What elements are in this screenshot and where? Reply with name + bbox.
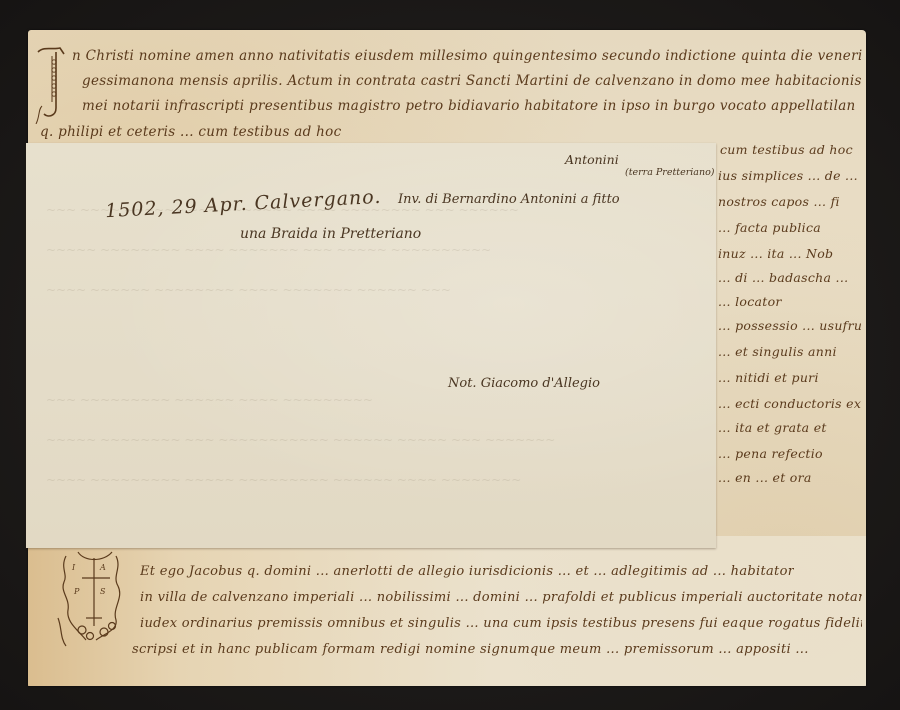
manuscript-line-2: gessimanona mensis aprilis. Actum in con… bbox=[82, 73, 862, 89]
subscription-line-4: scripsi et in hanc publicam formam redig… bbox=[132, 642, 809, 657]
right-line: ... pena refectio bbox=[718, 446, 823, 461]
slip-notary-signature: Not. Giacomo d'Allegio bbox=[448, 376, 600, 391]
manuscript-line-1: n Christi nomine amen anno nativitatis e… bbox=[72, 48, 862, 64]
parchment-stain bbox=[28, 536, 866, 686]
subscription-line-1: Et ego Jacobus q. domini ... anerlotti d… bbox=[140, 564, 794, 579]
show-through-text: ~~~~ ~~~~~~ ~~~~~~~~ ~~~~ ~~~~~~~ ~~~~~~… bbox=[46, 283, 451, 297]
subscription-line-2: in villa de calvenzano imperiali ... nob… bbox=[140, 590, 862, 605]
signum-letter: A bbox=[99, 563, 106, 572]
notary-signum-icon: I A P S bbox=[56, 548, 134, 648]
right-line: ... facta publica bbox=[718, 220, 821, 235]
right-line: ... ecti conductoris ex bbox=[718, 396, 861, 411]
show-through-text: ~~~~~ ~~~~~~~~ ~~~ ~~~~~~~~~~~ ~~~~~~ ~~… bbox=[46, 433, 555, 447]
show-through-text: ~~~~ ~~~~~~~~~ ~~~~~ ~~~~~~~~~ ~~~~~~ ~~… bbox=[46, 473, 521, 487]
signum-letter: I bbox=[71, 563, 76, 572]
right-line: ... di ... badascha ... bbox=[718, 270, 848, 285]
decorated-initial-icon bbox=[34, 44, 74, 124]
right-line: ... et singulis anni bbox=[718, 344, 837, 359]
manuscript-line-4: q. philipi et ceteris ... cum testibus a… bbox=[40, 124, 341, 140]
right-line: ... possessio ... usufru bbox=[718, 318, 862, 333]
right-line: ... nitidi et puri bbox=[718, 370, 819, 385]
right-line: ... ita et grata et bbox=[718, 420, 827, 435]
show-through-text: ~~~~~ ~~~~~~~~ ~~~~ ~~~~~~~ ~~~ ~~~~~ ~~… bbox=[46, 243, 491, 257]
right-line: ius simplices ... de ... to bbox=[718, 168, 862, 183]
slip-summary-line2: una Braida in Pretteriano bbox=[240, 226, 421, 242]
right-line: ... locator bbox=[718, 294, 782, 309]
right-line: cum testibus ad hoc bbox=[720, 142, 853, 157]
subscription-line-3: iudex ordinarius premissis omnibus et si… bbox=[140, 616, 862, 631]
right-line: nostros capos ... fi bbox=[718, 194, 840, 209]
slip-correction: Antonini bbox=[565, 152, 619, 167]
slip-summary: Inv. di Bernardino Antonini a fitto bbox=[398, 192, 620, 207]
manuscript-line-3: mei notarii infrascripti presentibus mag… bbox=[82, 98, 856, 114]
signum-letter: P bbox=[73, 587, 80, 596]
right-line: ... en ... et ora bbox=[718, 470, 812, 485]
show-through-text: ~~~ ~~~~~~~~~ ~~~~~~ ~~~~ ~~~~~~~~~ bbox=[46, 393, 373, 407]
slip-bracket-note: (terra Pretteriano) bbox=[625, 167, 715, 178]
signum-letter: S bbox=[100, 587, 106, 596]
right-line: inuz ... ita ... Nob bbox=[718, 246, 833, 261]
